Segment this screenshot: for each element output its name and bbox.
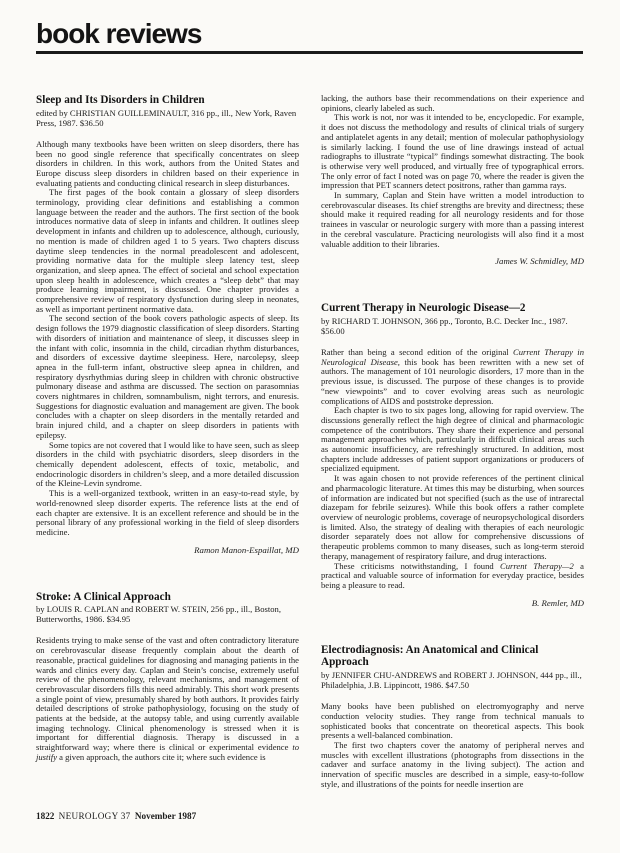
review-byline: by JENNIFER CHU-ANDREWS and ROBERT J. JO… bbox=[321, 670, 584, 690]
page-header: book reviews bbox=[36, 20, 583, 54]
footer-page-number: 1822 bbox=[36, 811, 54, 821]
review-title: Current Therapy in Neurologic Disease—2 bbox=[321, 302, 584, 315]
review-byline: by LOUIS R. CAPLAN and ROBERT W. STEIN, … bbox=[36, 604, 299, 624]
left-column: Sleep and Its Disorders in Children edit… bbox=[36, 94, 299, 790]
right-column: lacking, the authors base their recommen… bbox=[321, 94, 584, 790]
review-byline: edited by CHRISTIAN GUILLEMINAULT, 316 p… bbox=[36, 108, 299, 128]
page-title: book reviews bbox=[36, 20, 583, 48]
paragraph-text: a given approach, the authors cite it; w… bbox=[57, 752, 266, 762]
review-title: Sleep and Its Disorders in Children bbox=[36, 94, 299, 107]
review-paragraph: These criticisms notwithstanding, I foun… bbox=[321, 562, 584, 591]
review-paragraph: The first pages of the book contain a gl… bbox=[36, 188, 299, 314]
review-paragraph: It was again chosen to not provide refer… bbox=[321, 474, 584, 561]
review-paragraph: The second section of the book covers pa… bbox=[36, 314, 299, 440]
paragraph-text: Rather than being a second edition of th… bbox=[321, 347, 513, 357]
review-title: Stroke: A Clinical Approach bbox=[36, 591, 299, 604]
footer-journal-name: NEUROLOGY 37 bbox=[59, 811, 131, 821]
review-stroke: Stroke: A Clinical Approach by LOUIS R. … bbox=[36, 591, 299, 763]
header-rule bbox=[36, 51, 583, 54]
review-paragraph: Rather than being a second edition of th… bbox=[321, 348, 584, 406]
review-stroke-continued: lacking, the authors base their recommen… bbox=[321, 94, 584, 266]
reviewer-signature: B. Remler, MD bbox=[321, 598, 584, 608]
review-byline: by RICHARD T. JOHNSON, 366 pp., Toronto,… bbox=[321, 316, 584, 336]
page-footer: 1822 NEUROLOGY 37 November 1987 bbox=[36, 811, 583, 822]
review-paragraph: Each chapter is two to six pages long, a… bbox=[321, 406, 584, 474]
footer-issue-date: November 1987 bbox=[135, 811, 196, 821]
review-current-therapy: Current Therapy in Neurologic Disease—2 … bbox=[321, 302, 584, 607]
paragraph-text: These criticisms notwithstanding, I foun… bbox=[334, 561, 500, 571]
review-paragraph: The first two chapters cover the anatomy… bbox=[321, 741, 584, 790]
two-column-body: Sleep and Its Disorders in Children edit… bbox=[36, 94, 584, 790]
review-paragraph: Although many textbooks have been writte… bbox=[36, 140, 299, 189]
review-paragraph: This work is not, nor was it intended to… bbox=[321, 113, 584, 191]
review-electrodiagnosis: Electrodiagnosis: An Anatomical and Clin… bbox=[321, 644, 584, 790]
review-title: Electrodiagnosis: An Anatomical and Clin… bbox=[321, 644, 584, 670]
review-paragraph-continued: lacking, the authors base their recommen… bbox=[321, 94, 584, 113]
journal-page: book reviews Sleep and Its Disorders in … bbox=[0, 0, 620, 853]
paragraph-text: Residents trying to make sense of the va… bbox=[36, 635, 299, 752]
review-sleep-disorders: Sleep and Its Disorders in Children edit… bbox=[36, 94, 299, 555]
review-paragraph: Many books have been published on electr… bbox=[321, 702, 584, 741]
review-paragraph: Some topics are not covered that I would… bbox=[36, 441, 299, 490]
review-paragraph: Residents trying to make sense of the va… bbox=[36, 636, 299, 762]
review-paragraph: In summary, Caplan and Stein have writte… bbox=[321, 191, 584, 249]
review-paragraph: This is a well-organized textbook, writt… bbox=[36, 489, 299, 538]
reviewer-signature: Ramon Manon-Espaillat, MD bbox=[36, 545, 299, 555]
book-title-italic: Current Therapy—2 bbox=[500, 561, 574, 571]
reviewer-signature: James W. Schmidley, MD bbox=[321, 256, 584, 266]
